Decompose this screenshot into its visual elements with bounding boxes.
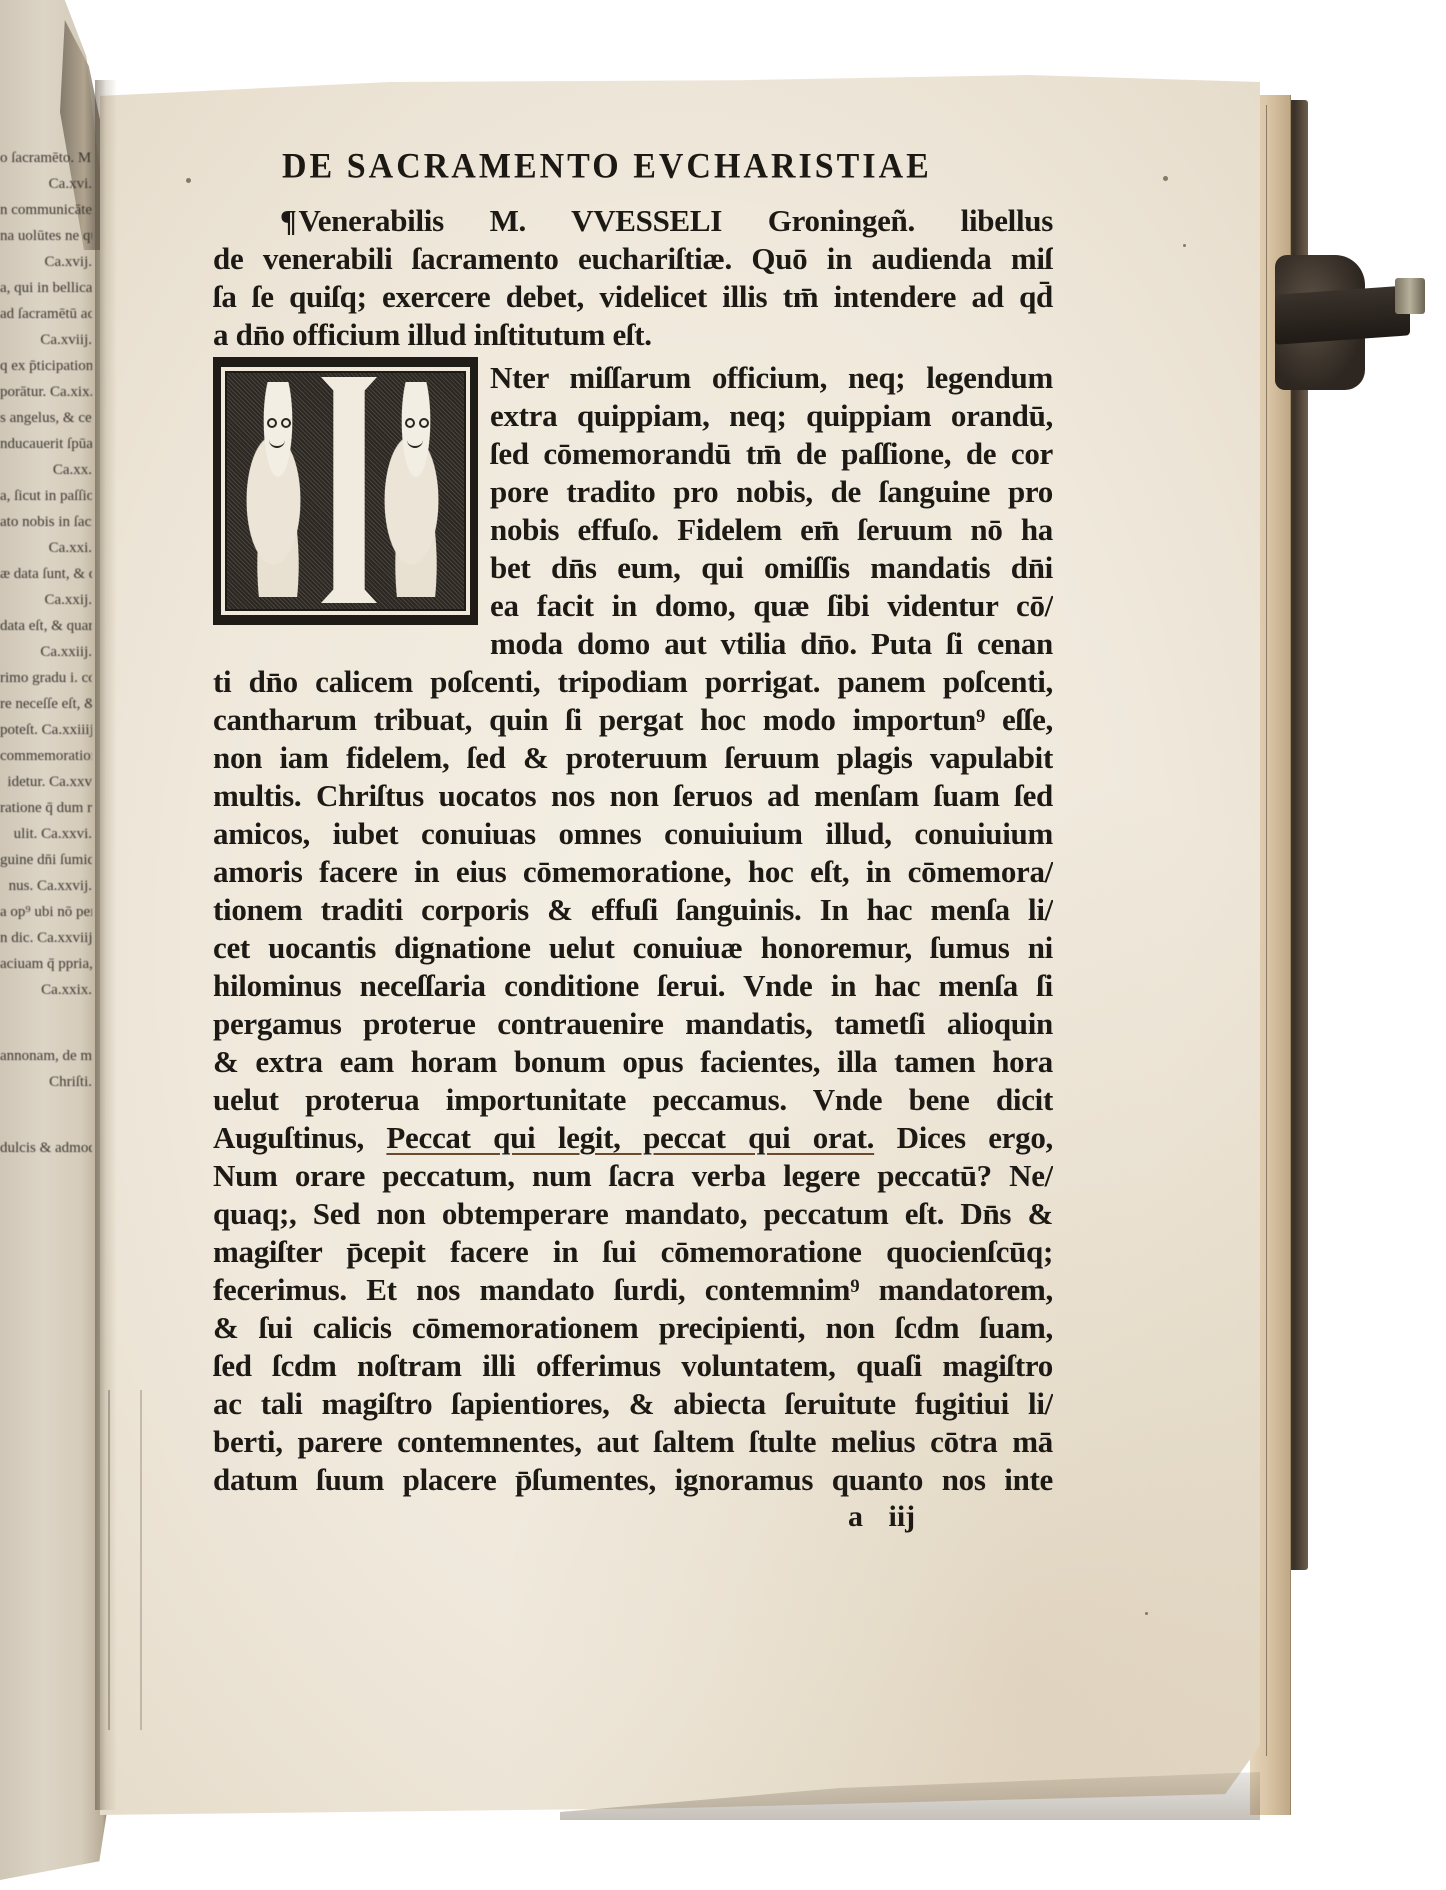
verso-line: annonam, de magni bbox=[0, 1043, 92, 1069]
body-line: amoris facere in eius cōmemoratione, hoc… bbox=[213, 854, 1053, 890]
verso-line: idetur. Ca.xxv bbox=[0, 769, 92, 795]
intro-line: ſa ſe quiſq; exercere debet, videlicet i… bbox=[213, 279, 1053, 315]
body-line: Num orare peccatum, num ſacra verba lege… bbox=[213, 1158, 1053, 1194]
woodcut-frame bbox=[221, 367, 470, 615]
verso-line: dulcis & admodum bbox=[0, 1135, 92, 1161]
verso-line: q ex p̄ticipatione bbox=[0, 353, 92, 379]
verso-line: data eſt, & quare bbox=[0, 613, 92, 639]
body-line: Nter miſſarum officium, neq; legendum bbox=[490, 360, 1053, 396]
verso-line: nducauerit ſpūale bbox=[0, 431, 92, 457]
paper-speck bbox=[1163, 176, 1168, 181]
verso-line: commemoratione bbox=[0, 743, 92, 769]
verso-line: ulit. Ca.xxvi. bbox=[0, 821, 92, 847]
body-line-augustine-quote: Auguſtinus, Peccat qui legit, peccat qui… bbox=[213, 1120, 1053, 1156]
underlined-quote: Peccat qui legit, peccat qui orat. bbox=[386, 1120, 874, 1155]
verso-line: rimo gradu i. con bbox=[0, 665, 92, 691]
body-line: uelut proterua importunitate peccamus. V… bbox=[213, 1082, 1053, 1118]
verso-line: a op⁹ ubi nō penē bbox=[0, 899, 92, 925]
body-line: ac tali magiſtro ſapientiores, & abiecta… bbox=[213, 1386, 1053, 1422]
verso-line: guine dn̄i ſumido, & bbox=[0, 847, 92, 873]
body-line: ti dn̄o calicem poſcenti, tripodiam porr… bbox=[213, 664, 1053, 700]
body-line: pergamus proterue contrauenire mandatis,… bbox=[213, 1006, 1053, 1042]
body-line: berti, parere contemnentes, aut ſaltem ſ… bbox=[213, 1424, 1053, 1460]
body-line: extra quippiam, neq; quippiam orandū, bbox=[490, 398, 1053, 434]
verso-line: na uolūtes ne qu bbox=[0, 223, 92, 249]
paper-speck bbox=[186, 178, 191, 183]
signature-mark: a iij bbox=[848, 1500, 958, 1540]
body-line: nobis effuſo. Fidelem em̄ ſeruum nō ha bbox=[490, 512, 1053, 548]
verso-line: n dic. Ca.xxviij. bbox=[0, 925, 92, 951]
body-line: & ſui calicis cōmemorationem precipienti… bbox=[213, 1310, 1053, 1346]
body-line: non iam fidelem, ſed & proteruum ſeruum … bbox=[213, 740, 1053, 776]
body-line: ſed ſcdm noſtram illi offerimus voluntat… bbox=[213, 1348, 1053, 1384]
body-line: ſed cōmemorandū tm̄ de paſſione, de cor bbox=[490, 436, 1053, 472]
verso-line: nus. Ca.xxvij. bbox=[0, 873, 92, 899]
verso-line: æ data ſunt, & q bbox=[0, 561, 92, 587]
verso-line: a, qui in bellica bbox=[0, 275, 92, 301]
body-line: datum ſuum placere p̄ſumentes, ignoramus… bbox=[213, 1462, 1053, 1498]
binding-stitch bbox=[108, 1390, 142, 1730]
body-line: tionem traditi corporis & effuſi ſanguin… bbox=[213, 892, 1053, 928]
woodcut-initial-i bbox=[213, 357, 478, 625]
clasp-metal-catch bbox=[1395, 278, 1425, 314]
verso-line: ad ſacramētū ac bbox=[0, 301, 92, 327]
clasp-strap bbox=[1275, 285, 1410, 344]
body-line: cet uocantis dignatione uelut conuiuæ ho… bbox=[213, 930, 1053, 966]
verso-line: Ca.xxi. bbox=[0, 535, 92, 561]
body-line: moda domo aut vtilia dn̄o. Puta ſi cenan bbox=[490, 626, 1053, 662]
verso-line: poteſt. Ca.xxiiij. bbox=[0, 717, 92, 743]
intro-line: ¶Venerabilis M. VVESSELI Groningeñ. libe… bbox=[280, 203, 1053, 239]
verso-line: porātur. Ca.xix. bbox=[0, 379, 92, 405]
verso-line: Ca.xx. bbox=[0, 457, 92, 483]
verso-line: Ca.xxiij. bbox=[0, 639, 92, 665]
verso-line: Chriſti. bbox=[0, 1069, 92, 1095]
intro-line: a dn̄o officium illud inſtitutum eſt. bbox=[213, 317, 1053, 353]
body-line: multis. Chriſtus uocatos nos non ſeruos … bbox=[213, 778, 1053, 814]
verso-line: Ca.xviij. bbox=[0, 327, 92, 353]
body-line: amicos, iubet conuiuas omnes conuiuium i… bbox=[213, 816, 1053, 852]
verso-line: Ca.xxix. bbox=[0, 977, 92, 1003]
verso-line: Ca.xvi. bbox=[0, 171, 92, 197]
body-line: magiſter p̄cepit facere in ſui cōmemorat… bbox=[213, 1234, 1053, 1270]
paper-speck bbox=[1145, 1612, 1148, 1615]
pilcrow-icon: ¶ bbox=[280, 203, 296, 238]
body-line: pore tradito pro nobis, de ſanguine pro bbox=[490, 474, 1053, 510]
body-line: & extra eam horam bonum opus facientes, … bbox=[213, 1044, 1053, 1080]
verso-table-of-contents: o ſacramēto. M iij Ca.xvi. n communicāte… bbox=[0, 145, 92, 1161]
paper-speck bbox=[1183, 244, 1186, 247]
verso-line: o ſacramēto. M iij bbox=[0, 145, 92, 171]
verso-line: re neceſſe eſt, & q bbox=[0, 691, 92, 717]
verso-line: ato nobis in ſacra, bbox=[0, 509, 92, 535]
body-line: cantharum tribuat, quin ſi pergat hoc mo… bbox=[213, 702, 1053, 738]
verso-line: Ca.xxij. bbox=[0, 587, 92, 613]
body-line: hilominus neceſſaria conditione ſerui. V… bbox=[213, 968, 1053, 1004]
verso-line: s angelus, & cen bbox=[0, 405, 92, 431]
verso-line: n communicātes bbox=[0, 197, 92, 223]
running-head: DE SACRAMENTO EVCHARISTIAE bbox=[282, 147, 962, 189]
verso-line: a, ſicut in paſſione bbox=[0, 483, 92, 509]
body-line: quaq;, Sed non obtemperare mandato, pecc… bbox=[213, 1196, 1053, 1232]
body-line: fecerimus. Et nos mandato ſurdi, contemn… bbox=[213, 1272, 1053, 1308]
body-line: bet dn̄s eum, qui omiſſis mandatis dn̄i bbox=[490, 550, 1053, 586]
body-line: ea facit in domo, quæ ſibi videntur cō/ bbox=[490, 588, 1053, 624]
verso-line: ratione q̄ dum re bbox=[0, 795, 92, 821]
verso-line: Ca.xvij. bbox=[0, 249, 92, 275]
intro-line: de venerabili ſacramento euchariſtiæ. Qu… bbox=[213, 241, 1053, 277]
verso-line: aciuam q̄ ppria, & bbox=[0, 951, 92, 977]
